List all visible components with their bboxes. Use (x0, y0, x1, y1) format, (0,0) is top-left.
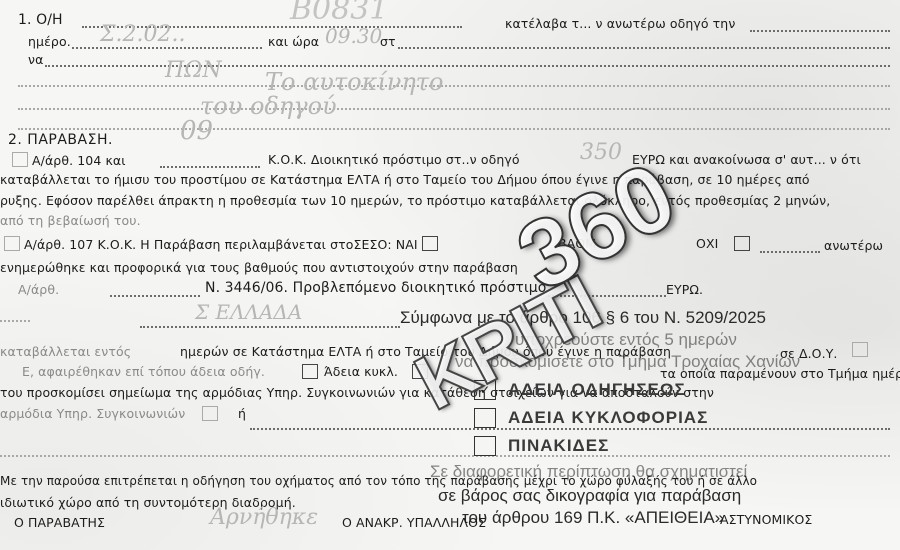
overlay-check-driving-license[interactable]: ✓ ΑΔΕΙΑ ΟΔΗΓΗΣΕΩΣ (470, 380, 686, 400)
dotted-line (548, 295, 666, 297)
article104-row: Α/άρθ. 104 και (8, 152, 126, 168)
yes-checkbox[interactable] (422, 236, 438, 251)
overlay-check-registration[interactable]: ΑΔΕΙΑ ΚΥΚΛΟΦΟΡΙΑΣ (470, 408, 708, 428)
place-label: στ (380, 34, 396, 49)
handwritten-09: 09 (180, 116, 213, 146)
law-line-end: ΕΥΡΩ. (666, 282, 703, 297)
certification-line: από τη βεβαίωσή του. (0, 213, 141, 228)
driving-license-label: ΑΔΕΙΑ ΟΔΗΓΗΣΕΩΣ (508, 380, 686, 400)
dotted-line (72, 47, 262, 49)
registration-label-overlay: ΑΔΕΙΑ ΚΥΚΛΟΦΟΡΙΑΣ (508, 408, 708, 428)
fine-line-end: ΕΥΡΩ και ανακοίνωσα σ' αυτ... ν ότι (632, 152, 861, 167)
no-checkbox[interactable] (734, 236, 750, 251)
dotted-line (18, 128, 890, 130)
license-removed-checkbox[interactable] (302, 364, 318, 379)
degree-label: ΒΑΘΜ (558, 236, 596, 251)
pay-line: καταβάλλεται εντός (0, 344, 131, 359)
overlay-deadline: υποχρεούστε εντός 5 ημερών (515, 330, 737, 350)
time-value: 09.30 (325, 24, 382, 48)
removed-line: Ε, αφαιρέθηκαν επί τόπου άδεια οδήγ. (22, 364, 265, 379)
officer-label: Ο ΑΝΑΚΡ. ΥΠΑΛΛΗΛΟΣ (342, 515, 486, 530)
overlay-case-file: σε βάρος σας δικογραφία για παράβαση (438, 486, 741, 506)
dotted-line (0, 320, 30, 322)
offender-signature: Αρνήθηκε (210, 505, 318, 530)
dotted-line (160, 166, 260, 168)
above-label: ανωτέρω (824, 238, 883, 253)
section2-heading: 2. ΠΑΡΑΒΑΣΗ. (8, 132, 113, 148)
article107-checkbox[interactable] (4, 236, 20, 251)
plates-checkbox[interactable] (474, 436, 496, 456)
offender-label: Ο ΠΑΡΑΒΑΤΗΣ (14, 515, 105, 530)
tax-office-checkbox[interactable] (852, 342, 868, 357)
informed-line: ενημερώθηκε και προφορικά για τους βαθμο… (0, 260, 518, 275)
registration-label: Άδεια κυκλ. (324, 364, 398, 379)
time-label: και ώρα (268, 34, 319, 49)
dotted-line (398, 47, 890, 49)
law-3446-line: Ν. 3446/06. Προβλεπόμενο διοικητικό πρόσ… (205, 280, 546, 296)
payment-terms-line: καταβάλλεται το ήμισυ του προστίμου σε Κ… (0, 172, 810, 187)
overlay-article-106: Σύμφωνα με το άρθρο 106 § 6 του Ν. 5209/… (400, 308, 766, 328)
note-line2: αρμόδια Υπηρ. Συγκοινωνιών (0, 406, 185, 421)
no-label: ΟΧΙ (696, 236, 718, 251)
driving-license-checkbox[interactable]: ✓ (474, 380, 496, 400)
transport-office-checkbox[interactable] (202, 406, 218, 421)
dotted-line (140, 326, 400, 328)
permission-line: Με την παρούσα επιτρέπεται η οδήγηση του… (0, 474, 757, 488)
article104-checkbox[interactable] (12, 152, 28, 167)
deadline-line: ρυξης. Εφόσον παρέλθει άπρακτη η προθεσμ… (0, 193, 830, 208)
handwritten-line-3: του οδηγού (200, 92, 337, 120)
officer-title: ΑΣΤΥΝΟΜΙΚΟΣ (720, 512, 812, 527)
dotted-line (250, 428, 890, 430)
fine-amount: 350 (580, 140, 622, 165)
article107-label: Α/άρθ. 107 Κ.Ο.Κ. Η Παράβαση περιλαμβάνε… (24, 237, 418, 252)
handwritten-id: Β0831 (290, 0, 388, 27)
overlay-present-to: να προσκομίσετε στο Τμήμα Τροχαίας Χανίω… (455, 352, 800, 372)
or-label: ή (238, 406, 246, 421)
na-label: να (28, 52, 43, 67)
dotted-line (18, 85, 890, 87)
dotted-line (110, 295, 200, 297)
registration-removed-checkbox[interactable] (412, 364, 428, 379)
kok-fine-text: Κ.Ο.Κ. Διοικητικό πρόστιμο στ..ν οδηγό (268, 152, 520, 167)
article104-label: Α/άρθ. 104 και (32, 153, 126, 168)
overlay-check-plates[interactable]: ΠΙΝΑΚΙΔΕΣ (470, 436, 609, 456)
dotted-line (0, 455, 890, 457)
date-label: ημέρο. (28, 34, 71, 49)
scanned-ticket: Β0831 1. Ο/Η κατέλαβα τ... ν ανωτέρω οδη… (0, 0, 900, 550)
registration-checkbox[interactable] (474, 408, 496, 428)
handwritten-line-1: ΠΩΝ (165, 58, 222, 83)
law-prefix: Α/άρθ. (18, 282, 59, 297)
dotted-line (750, 30, 890, 32)
handwritten-extra: Σ ΕΛΛΑΔΑ (195, 300, 302, 324)
article107-row: Α/άρθ. 107 Κ.Ο.Κ. Η Παράβαση περιλαμβάνε… (0, 236, 442, 252)
dotted-line (760, 251, 820, 253)
section1-heading: 1. Ο/Η (18, 12, 63, 28)
date-value: Σ.2.02.. (100, 22, 186, 47)
dotted-line (18, 108, 890, 110)
overlay-article-169: του άρθρου 169 Π.Κ. «ΑΠΕΙΘΕΙΑ» (462, 508, 724, 528)
caught-label: κατέλαβα τ... ν ανωτέρω οδηγό την (505, 16, 735, 31)
plates-label: ΠΙΝΑΚΙΔΕΣ (508, 436, 609, 456)
